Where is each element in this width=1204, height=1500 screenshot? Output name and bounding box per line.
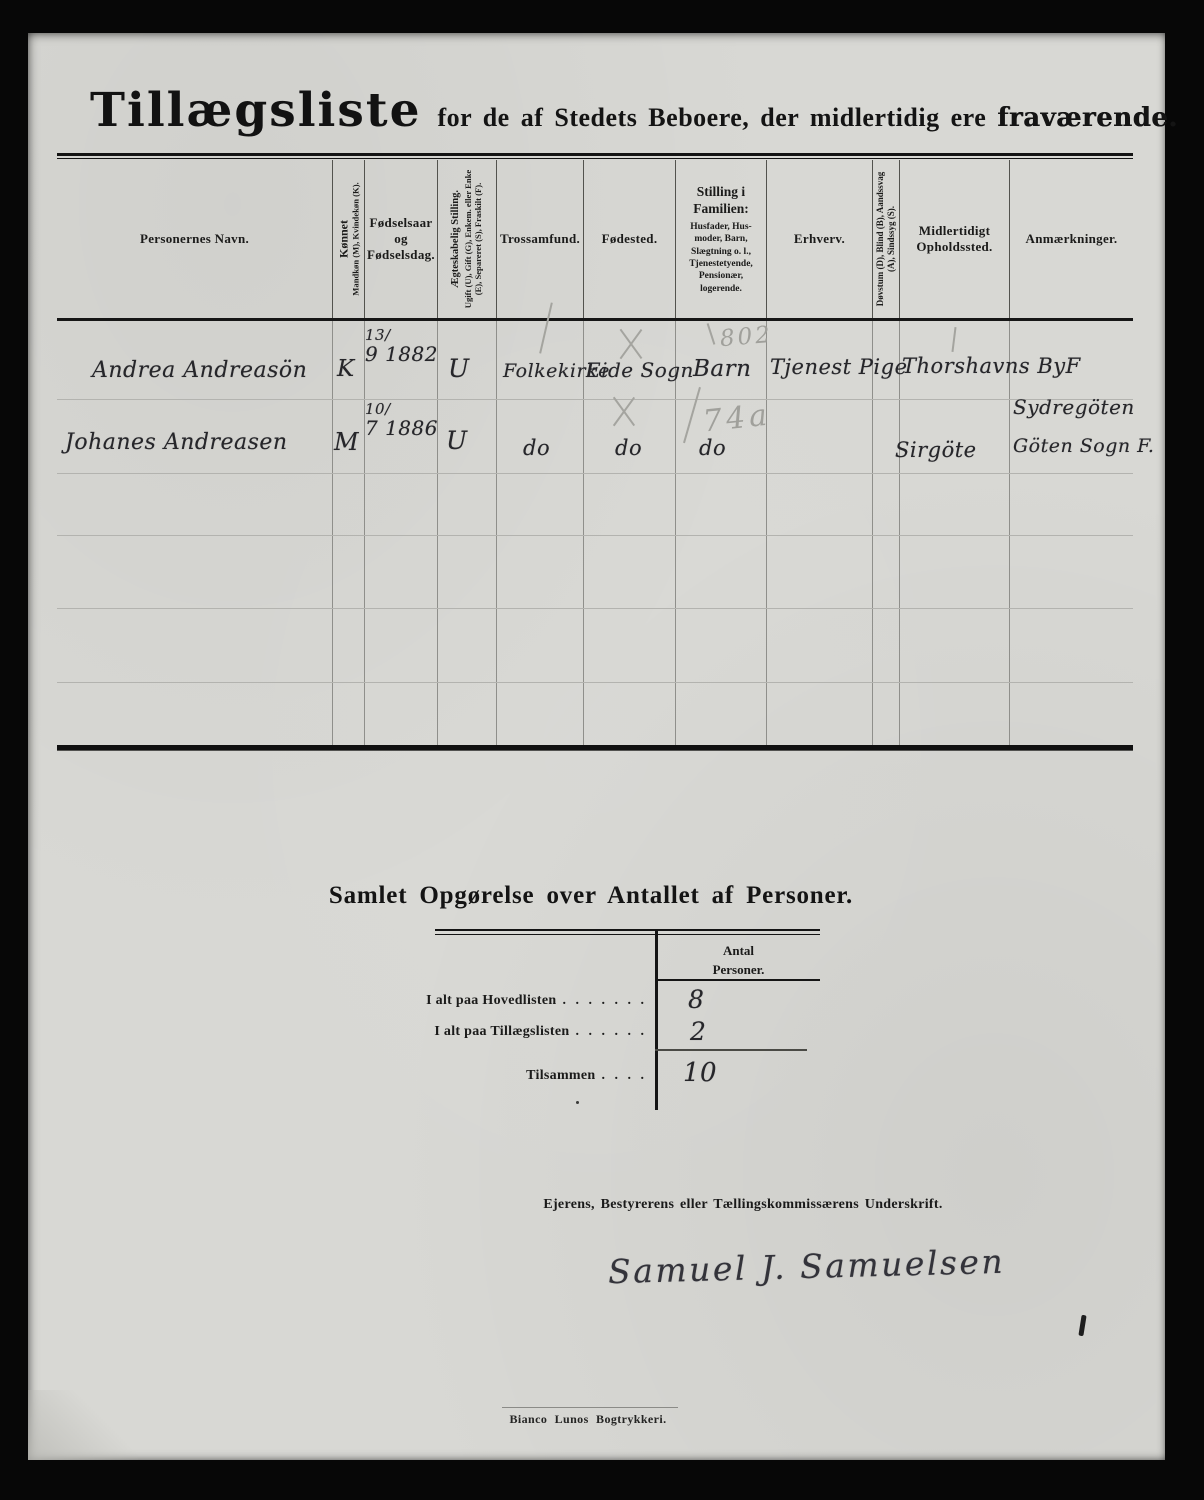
page-corner-shading [28,1390,138,1460]
ink-dash-mark [1078,1315,1086,1337]
title-word: Tillægsliste [90,83,421,138]
pencil-x-mark [613,326,646,362]
row1-sex-entry: K [337,358,355,381]
row1-birthplace-entry: Eide Sogn [586,360,694,380]
summary-row-tillaegslisten: I alt paa Tillægslisten. . . . . . [434,1024,647,1040]
page-title: Tillægsliste for de af Stedets Beboere, … [90,83,1140,138]
summary-total-rule [655,1049,807,1051]
title-emphasis: fraværende. [997,103,1178,133]
signature-label: Ejerens, Bestyrerens eller Tællingskommi… [443,1197,1043,1213]
row2-marital-entry: U [446,428,468,453]
summary-row-tilsammen: Tilsammen. . . . [526,1068,647,1084]
document-page: Tillægsliste for de af Stedets Beboere, … [28,33,1165,1460]
summary-row-hovedlisten: I alt paa Hovedlisten. . . . . . . [426,993,647,1009]
pencil-x-mark [608,394,638,429]
printer-name: Bianco Lunos Bogtrykkeri. [468,1412,708,1427]
row2-name-entry: Johanes Andreasen [65,432,288,454]
title-subtitle: for de af Stedets Beboere, der midlertid… [437,103,1177,133]
pencil-number-802: 802 [719,324,774,352]
summary-hovedlisten-value: 8 [688,987,704,1012]
pencil-long-stroke [683,387,701,443]
row1-name-entry: Andrea Andreasön [92,360,307,382]
handwriting-layer: Andrea Andreasön K 13/ 9 1882 U Folkekir… [57,160,1133,750]
row2-residence-entry: Sirgöte [895,440,977,461]
ink-dot-mark [576,1101,579,1104]
summary-header-rule [655,979,820,981]
row1-birthdate-entry: 13/ 9 1882 [365,328,438,364]
printer-rule [502,1407,678,1408]
summary-title: Samlet Opgørelse over Antallet af Person… [291,882,891,910]
row2-birthdate-entry: 10/ 7 1886 [365,402,438,438]
title-rule-thin [57,158,1133,159]
scan-background: { "scan": { "paper_color": "#d8d8d4", "b… [0,0,1204,1500]
summary-table: Antal Personer. I alt paa Hovedlisten. .… [435,929,820,1108]
summary-tilsammen-value: 10 [683,1060,717,1086]
census-table: Personernes Navn. Kønnet Mandkøn (M), Kv… [57,160,1133,750]
row1-family-position-entry: Barn [693,358,751,381]
summary-top-rule [435,934,820,935]
row1-residence-entry: Thorshavns ByF [902,356,1081,377]
pencil-number-74a: 74a [702,401,773,438]
row2-sex-entry: M [334,430,359,454]
row1-remark-entry: Sydregöten [1013,397,1135,417]
row1-occupation-entry: Tjenest Pige [770,357,908,378]
pencil-slash-mark [539,302,552,353]
pencil-tick-mark [707,323,715,344]
row2-remark-entry: Göten Sogn F. [1013,437,1154,456]
pencil-stroke-mark [951,327,956,352]
row2-family-position-entry: do [699,438,726,459]
summary-tillaegslisten-value: 2 [690,1019,706,1044]
signature-name: Samuel J. Samuelsen [608,1242,1006,1291]
row1-marital-entry: U [448,356,470,381]
row2-birthplace-entry: do [615,438,642,459]
row2-church-entry: do [523,438,550,459]
summary-col-header: Antal Personer. [657,942,820,980]
title-rule-thick [57,153,1133,156]
